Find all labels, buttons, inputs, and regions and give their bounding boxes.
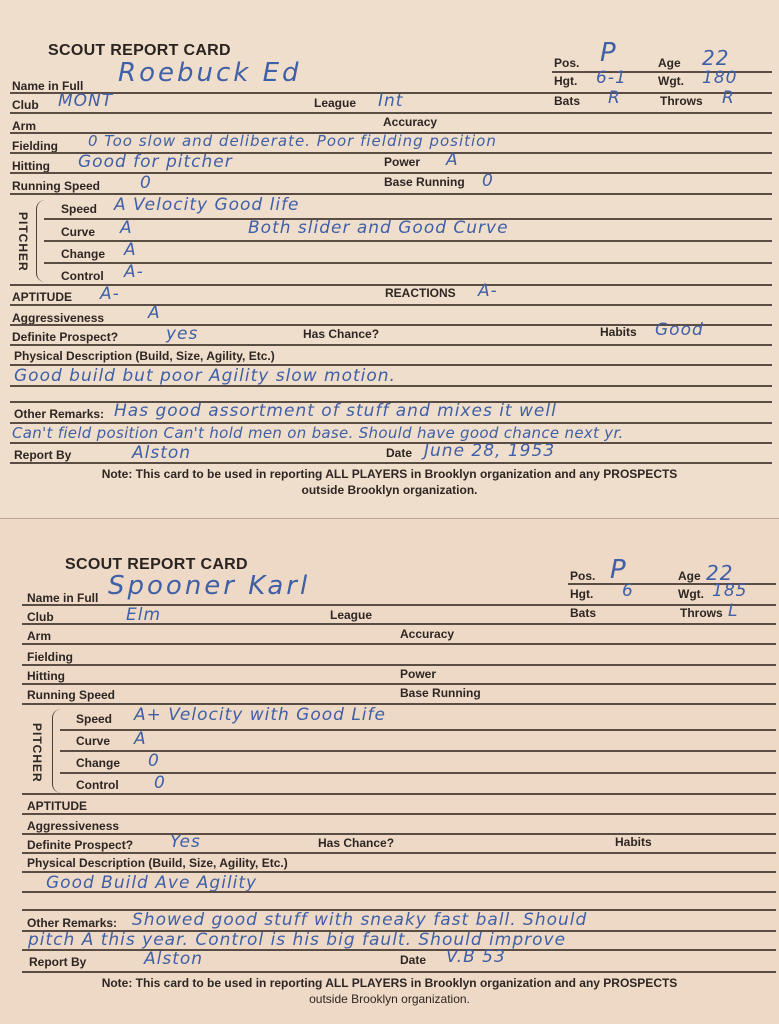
rule — [60, 729, 776, 731]
rule — [10, 172, 772, 174]
throws-value: R — [722, 88, 735, 108]
aggressiveness-label: Aggressiveness — [27, 819, 119, 833]
rule — [22, 643, 776, 645]
base-running-label: Base Running — [400, 686, 481, 700]
rule — [10, 112, 772, 114]
habits-label: Habits — [615, 835, 652, 849]
accuracy-label: Accuracy — [400, 627, 454, 641]
physical-description-value: Good Build Ave Agility — [46, 873, 257, 893]
aptitude-label: APTITUDE — [27, 799, 87, 813]
rule — [10, 462, 772, 464]
curve-label: Curve — [76, 734, 110, 748]
note-line2: outside Brooklyn organization. — [0, 482, 779, 498]
age-label: Age — [658, 56, 681, 70]
bats-label: Bats — [554, 94, 580, 108]
rule — [22, 623, 776, 625]
rule — [44, 262, 772, 264]
reactions-label: REACTIONS — [385, 286, 456, 300]
pos-value: P — [600, 38, 619, 68]
league-label: League — [330, 608, 372, 622]
note-line2: outside Brooklyn organization. — [0, 991, 779, 1007]
hgt-label: Hgt. — [554, 74, 577, 88]
age-value: 22 — [702, 46, 729, 70]
rule — [22, 683, 776, 685]
definite-prospect-label: Definite Prospect? — [27, 838, 133, 852]
note-line1: Note: This card to be used in reporting … — [0, 975, 779, 991]
pitcher-section-label: PITCHER — [16, 212, 30, 272]
pos-label: Pos. — [570, 569, 595, 583]
hitting-label: Hitting — [27, 669, 65, 683]
habits-value: Good — [655, 320, 704, 340]
rule — [10, 442, 772, 444]
hitting-value: Good for pitcher — [78, 152, 233, 172]
running-speed-value: 0 — [140, 173, 152, 193]
hgt-value: 6 — [622, 581, 634, 601]
rule — [60, 772, 776, 774]
curve-value: A — [134, 729, 147, 749]
fielding-value: 0 Too slow and deliberate. Poor fielding… — [88, 132, 497, 150]
speed-value: A+ Velocity with Good Life — [134, 705, 386, 725]
wgt-value: 185 — [712, 581, 747, 601]
rule — [10, 385, 772, 387]
habits-label: Habits — [600, 325, 637, 339]
rule — [22, 664, 776, 666]
report-by-label: Report By — [29, 955, 86, 969]
date-value: June 28, 1953 — [424, 441, 555, 461]
aggressiveness-label: Aggressiveness — [12, 311, 104, 325]
throws-value: L — [728, 601, 738, 621]
date-value: V.B 53 — [446, 947, 506, 967]
date-label: Date — [400, 953, 426, 967]
throws-label: Throws — [660, 94, 703, 108]
curve-note: Both slider and Good Curve — [248, 218, 509, 238]
rule — [44, 240, 772, 242]
rule — [552, 71, 772, 73]
club-label: Club — [27, 610, 54, 624]
hgt-value: 6-1 — [596, 68, 627, 88]
speed-value: A Velocity Good life — [114, 195, 300, 215]
has-chance-label: Has Chance? — [318, 836, 394, 850]
physical-description-label: Physical Description (Build, Size, Agili… — [14, 349, 275, 363]
other-remarks-line1: Showed good stuff with sneaky fast ball.… — [132, 910, 587, 930]
rule — [10, 304, 772, 306]
pitcher-section-label: PITCHER — [30, 723, 44, 783]
control-value: 0 — [154, 773, 166, 793]
other-remarks-label: Other Remarks: — [27, 916, 117, 930]
wgt-label: Wgt. — [658, 74, 684, 88]
name-label: Name in Full — [27, 591, 98, 605]
physical-description-value: Good build but poor Agility slow motion. — [14, 366, 396, 386]
club-value: Elm — [126, 605, 161, 625]
rule — [22, 891, 776, 893]
rule — [10, 344, 772, 346]
aptitude-value: A- — [100, 284, 120, 304]
report-by-value: Alston — [144, 949, 203, 969]
rule — [22, 852, 776, 854]
fielding-label: Fielding — [12, 139, 58, 153]
name-value: Roebuck Ed — [118, 58, 302, 88]
running-speed-label: Running Speed — [27, 688, 115, 702]
rule — [22, 833, 776, 835]
league-label: League — [314, 96, 356, 110]
change-value: 0 — [148, 751, 160, 771]
rule — [22, 971, 776, 973]
rule — [22, 949, 776, 951]
base-running-value: 0 — [482, 171, 494, 191]
other-remarks-label: Other Remarks: — [14, 407, 104, 421]
hgt-label: Hgt. — [570, 587, 593, 601]
rule — [22, 813, 776, 815]
hitting-label: Hitting — [12, 159, 50, 173]
speed-label: Speed — [76, 712, 112, 726]
scout-report-card-roebuck: SCOUT REPORT CARD Pos. P Age 22 Hgt. 6-1… — [0, 0, 779, 518]
reactions-value: A- — [478, 281, 498, 301]
wgt-label: Wgt. — [678, 587, 704, 601]
aggressiveness-value: A — [148, 303, 161, 323]
report-by-label: Report By — [14, 448, 71, 462]
definite-prospect-label: Definite Prospect? — [12, 330, 118, 344]
name-value: Spooner Karl — [108, 571, 310, 601]
throws-label: Throws — [680, 606, 723, 620]
power-label: Power — [400, 667, 436, 681]
bats-value: R — [608, 88, 621, 108]
arm-label: Arm — [27, 629, 51, 643]
definite-prospect-value: Yes — [170, 832, 201, 852]
arm-label: Arm — [12, 119, 36, 133]
note-line1: Note: This card to be used in reporting … — [0, 466, 779, 482]
other-remarks-line2: Can't field position Can't hold men on b… — [12, 424, 624, 442]
base-running-label: Base Running — [384, 175, 465, 189]
curve-value: A — [120, 218, 133, 238]
club-label: Club — [12, 98, 39, 112]
club-value: MONT — [58, 91, 113, 111]
rule — [60, 750, 776, 752]
age-label: Age — [678, 569, 701, 583]
fielding-label: Fielding — [27, 650, 73, 664]
change-label: Change — [76, 756, 120, 770]
change-label: Change — [61, 247, 105, 261]
control-label: Control — [61, 269, 104, 283]
power-label: Power — [384, 155, 420, 169]
running-speed-label: Running Speed — [12, 179, 100, 193]
has-chance-label: Has Chance? — [303, 327, 379, 341]
physical-description-label: Physical Description (Build, Size, Agili… — [27, 856, 288, 870]
curve-label: Curve — [61, 225, 95, 239]
wgt-value: 180 — [702, 68, 737, 88]
aptitude-label: APTITUDE — [12, 290, 72, 304]
other-remarks-line1: Has good assortment of stuff and mixes i… — [114, 401, 557, 421]
rule — [22, 793, 776, 795]
control-label: Control — [76, 778, 119, 792]
scout-report-card-spooner: SCOUT REPORT CARD Pos. P Age 22 Hgt. 6 W… — [0, 518, 779, 1024]
date-label: Date — [386, 446, 412, 460]
accuracy-label: Accuracy — [383, 115, 437, 129]
definite-prospect-value: yes — [166, 324, 198, 344]
bats-label: Bats — [570, 606, 596, 620]
report-by-value: Alston — [132, 443, 191, 463]
league-value: Int — [378, 91, 403, 111]
speed-label: Speed — [61, 202, 97, 216]
control-value: A- — [124, 262, 144, 282]
power-value: A — [446, 150, 459, 170]
pos-label: Pos. — [554, 56, 579, 70]
change-value: A — [124, 240, 137, 260]
